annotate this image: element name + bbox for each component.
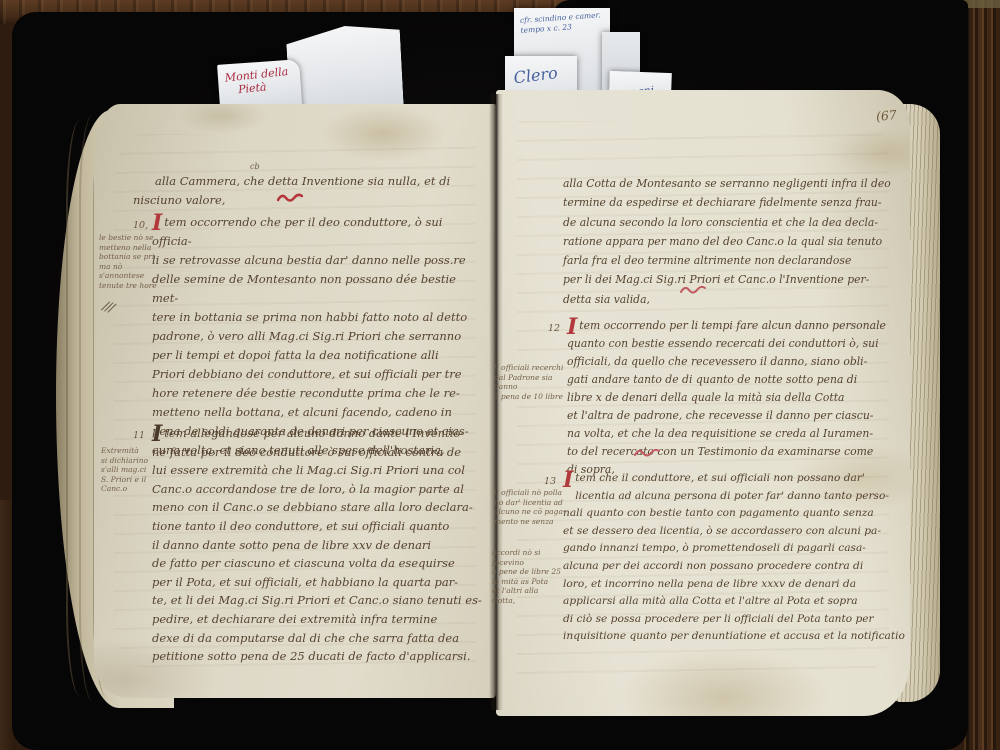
statute-item-12: 12 I tem occorrendo per li tempi fare al… (567, 317, 919, 479)
paragraph-end-squiggle-icon (634, 447, 660, 459)
folio-digits: 67 (880, 107, 897, 124)
item-initial: I (152, 213, 164, 231)
margin-note: li officiali recerchi dal Padrone sia da… (494, 363, 570, 401)
paragraph-lines: tem occorrendo per li tempi fare alcun d… (567, 317, 919, 479)
manuscript-line: alla Cammera, che detta Inventione sia n… (133, 172, 468, 191)
item-number: 11 (133, 427, 145, 446)
paragraph-lines: tem che il conduttore, et sui officiali … (563, 470, 923, 646)
tab-label: Clero (504, 52, 579, 89)
wood-plank-right (964, 0, 1000, 750)
margin-note: le bestie nò se metteno nella bottania s… (99, 233, 157, 291)
folio-number: (67 (875, 107, 897, 124)
item-initial: I (567, 317, 579, 335)
photograph-scene: cfr. scindino e camer. tempo x c. 23 Mon… (0, 0, 1000, 750)
paragraph-lines: tem occorrendo che per il deo conduttore… (152, 213, 482, 460)
item-initial: I (152, 424, 164, 442)
item-number: 12 (548, 320, 560, 338)
right-page-intro-paragraph: alla Cotta de Montesanto se serranno neg… (563, 174, 911, 309)
margin-note: Extremità si dichiarino s'alli mag.ci S.… (101, 446, 155, 494)
margin-note: accordi nò si facevino à pene de libre 2… (492, 548, 562, 606)
statute-item-11: 11 I tem allegandose per alcuno danno da… (152, 424, 484, 666)
paragraph-end-squiggle-icon (680, 284, 706, 296)
center-gutter-shadow (489, 94, 503, 710)
left-page-intro-paragraph: alla Cammera, che detta Inventione sia n… (133, 172, 468, 210)
statute-item-10: 10, I tem occorrendo che per il deo cond… (152, 213, 482, 460)
item-initial: I (563, 470, 575, 488)
wood-highlight (964, 0, 1000, 8)
paragraph-lines: tem allegandose per alcuno danno dante l… (152, 424, 484, 666)
statute-item-13: 13 I tem che il conduttore, et sui offic… (563, 470, 923, 646)
interline-note: cb (250, 162, 260, 171)
paragraph-end-squiggle-icon (277, 192, 303, 204)
margin-note: li officiali nò polla no dar' licentia a… (494, 488, 568, 526)
